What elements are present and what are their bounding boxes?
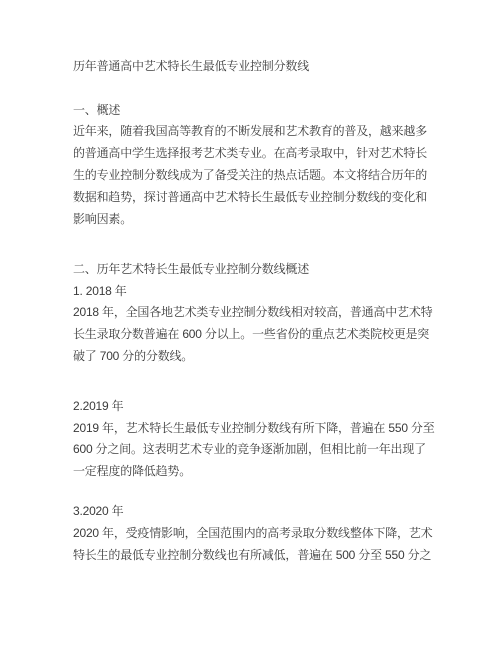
paragraph-line: 2019 年，艺术特长生最低专业控制分数线有所下降，普遍在 550 分至 <box>73 418 482 440</box>
paragraph-line: 影响因素。 <box>73 209 482 231</box>
paragraph-line: 近年来，随着我国高等教育的不断发展和艺术教育的普及，越来越多 <box>73 121 482 143</box>
paragraph-line: 长生录取分数普遍在 600 分以上。一些省份的重点艺术类院校更是突 <box>73 324 482 346</box>
paragraph-line: 2020 年，受疫情影响，全国范围内的高考录取分数线整体下降，艺术 <box>73 523 482 545</box>
paragraph-line: 的普通高中学生选择报考艺术类专业。在高考录取中，针对艺术特长 <box>73 143 482 165</box>
paragraph-line: 特长生的最低专业控制分数线也有所减低，普遍在 500 分至 550 分之 <box>73 545 482 567</box>
paragraph-line: 破了 700 分的分数线。 <box>73 346 482 368</box>
paragraph-line: 生的专业控制分数线成为了备受关注的热点话题。本文将结合历年的 <box>73 165 482 187</box>
paragraph-line: 数据和趋势，探讨普通高中艺术特长生最低专业控制分数线的变化和 <box>73 187 482 209</box>
subsection-label-2018: 1. 2018 年 <box>73 281 482 303</box>
document-title: 历年普通高中艺术特长生最低专业控制分数线 <box>73 56 482 78</box>
document-page: 历年普通高中艺术特长生最低专业控制分数线 一、概述 近年来，随着我国高等教育的不… <box>0 0 502 649</box>
paragraph-line: 一定程度的降低趋势。 <box>73 461 482 483</box>
section-heading-overview: 一、概述 <box>73 100 482 122</box>
subsection-label-2020: 3.2020 年 <box>73 501 482 523</box>
section-heading-history: 二、历年艺术特长生最低专业控制分数线概述 <box>73 259 482 281</box>
paragraph-line: 600 分之间。这表明艺术专业的竞争逐渐加剧，但相比前一年出现了 <box>73 439 482 461</box>
paragraph-line: 2018 年，全国各地艺术类专业控制分数线相对较高，普通高中艺术特 <box>73 302 482 324</box>
subsection-label-2019: 2.2019 年 <box>73 396 482 418</box>
